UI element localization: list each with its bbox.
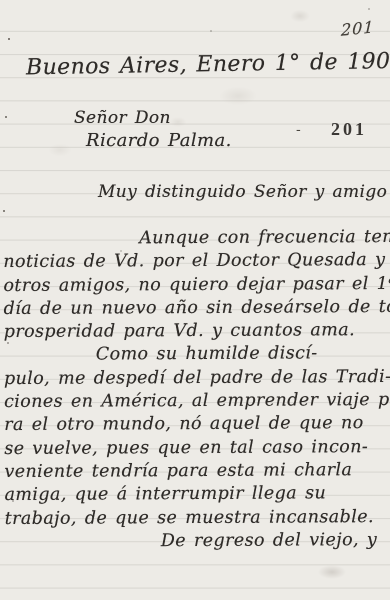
- body-line: prosperidad para Vd. y cuantos ama.: [4, 319, 388, 344]
- ink-specks: [0, 0, 2, 2]
- recipient-title: Señor Don: [74, 108, 171, 128]
- letter-body: Aunque con frecuencia tengo noticias de …: [3, 226, 389, 554]
- body-line: Como su humilde discí-: [4, 342, 388, 367]
- body-line: pulo, me despedí del padre de las Tradi-: [4, 366, 388, 391]
- body-line: se vuelve, pues que en tal caso incon-: [4, 436, 388, 461]
- stamped-page-number: 201: [331, 119, 367, 140]
- body-line: amiga, que á interrumpir llega su: [4, 482, 388, 507]
- body-line: día de un nuevo año sin deseárselo de to…: [4, 296, 388, 321]
- body-line: De regreso del viejo, y: [5, 529, 389, 554]
- date-line: Buenos Aires, Enero 1° de 1903.: [26, 49, 390, 81]
- body-line: Aunque con frecuencia tengo: [3, 226, 387, 251]
- handwritten-page-number: 201: [341, 17, 375, 40]
- body-line: noticias de Vd. por el Doctor Quesada y: [3, 249, 387, 274]
- salutation: Muy distinguido Señor y amigo :: [98, 182, 390, 202]
- recipient-name: Ricardo Palma.: [86, 130, 232, 151]
- body-line: otros amigos, no quiero dejar pasar el 1…: [3, 273, 387, 298]
- body-line: ciones en América, al emprender viaje pa…: [4, 389, 388, 414]
- body-line: veniente tendría para esta mi charla: [4, 459, 388, 484]
- stamp-dash: -: [296, 122, 301, 138]
- manuscript-letter-page: 201 Buenos Aires, Enero 1° de 1903. Seño…: [0, 0, 390, 600]
- body-line: ra el otro mundo, nó aquel de que no: [4, 412, 388, 437]
- body-line: trabajo, de que se muestra incansable.: [5, 506, 389, 531]
